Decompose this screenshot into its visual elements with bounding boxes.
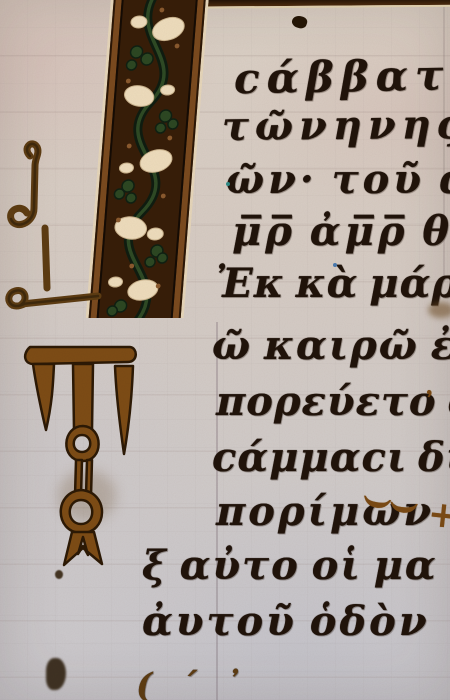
ink-speck: [291, 14, 309, 30]
initial-tau: [20, 334, 142, 574]
initial-tau-icon: [20, 334, 142, 570]
manuscript-line: ϲάμμαϲι δι: [212, 434, 450, 481]
gold-comma-mark: ): [386, 500, 422, 517]
manuscript-line: μ̅ρ̅ ἀμ̅ρ̅ θεοδ: [232, 208, 450, 255]
margin-flourish: [0, 136, 112, 322]
gold-cross-mark: +: [426, 493, 450, 538]
ink-blot-stain: [46, 658, 66, 690]
manuscript-line: ῶ καιρῶ ἐκ: [212, 322, 450, 369]
manuscript-line: ῶν· τοῦ ἁ: [226, 156, 450, 203]
manuscript-line: τῶνηνηϛ: [222, 101, 450, 150]
manuscript-line: ἀυτοῦ ὁδὸν: [142, 598, 430, 645]
manuscript-line: Ἐκ κὰ μάρκ: [216, 260, 450, 307]
paraph-flourish-icon: [0, 136, 112, 318]
manuscript-line-partial: ( ´ ᾽: [136, 666, 252, 700]
manuscript-line: ξ αὐτο οἱ μα: [142, 542, 438, 589]
gold-accent-mark: ᾽: [422, 388, 437, 423]
manuscript-line: ϲάββατο: [234, 50, 450, 103]
manuscript-line: πορεύετο ὁ: [216, 378, 450, 425]
manuscript-page-photo: ϲάββατο τῶνηνηϛ ῶν· τοῦ ἁ μ̅ρ̅ ἀμ̅ρ̅ θεο…: [0, 0, 450, 700]
